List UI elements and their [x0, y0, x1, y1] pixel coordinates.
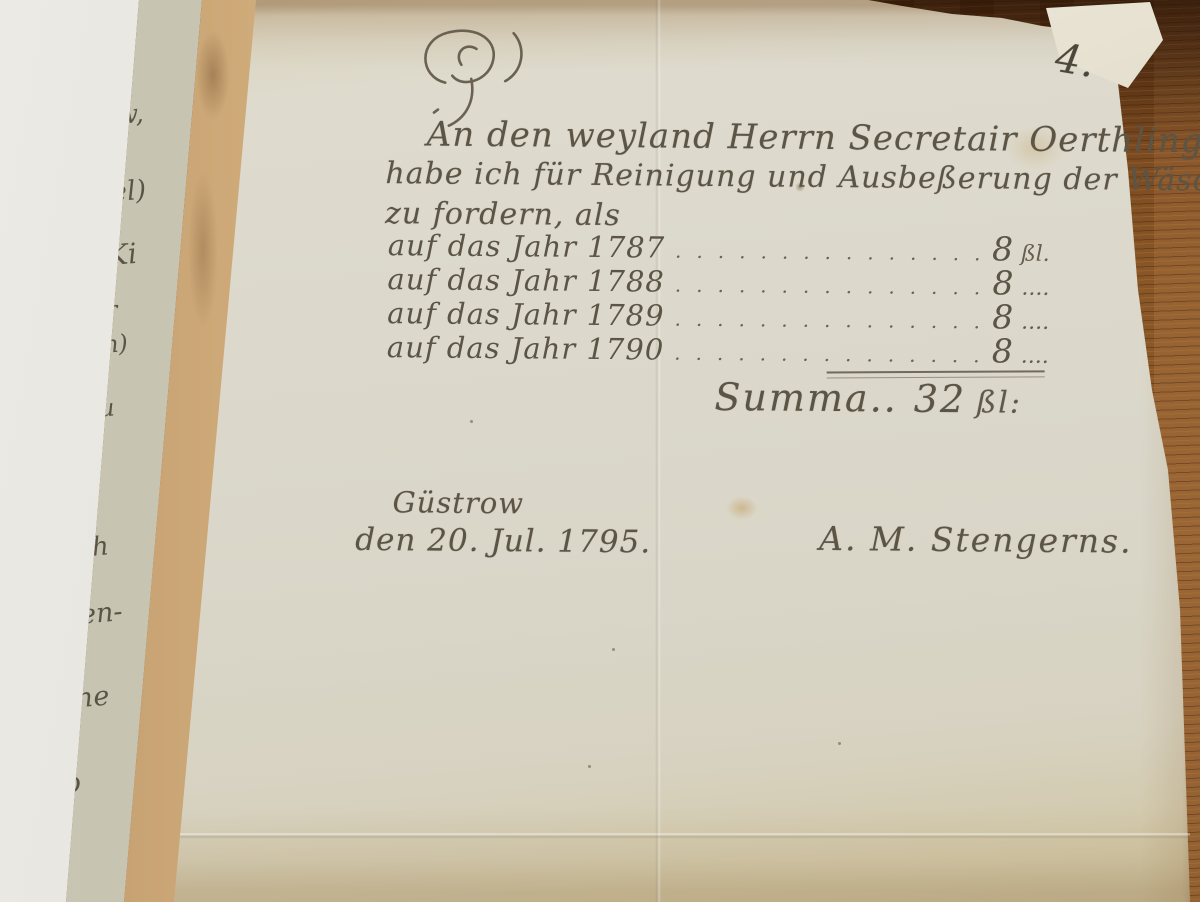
entry-unit: ßl. [1021, 242, 1050, 267]
dot-leader: ............... [665, 273, 993, 300]
entry-year-label: auf das Jahr 1789 [387, 296, 665, 332]
claim-line: habe ich für Reinigung und Ausbeßerung d… [385, 156, 1200, 199]
signature: A. M. Stengerns. [819, 519, 1133, 561]
place-line: Güstrow [392, 485, 524, 520]
entry-year-label: auf das Jahr 1788 [387, 262, 665, 298]
entry-row-1787: auf das Jahr 1787 ............... 8 ßl. [388, 224, 1050, 264]
page-number: 4. [1052, 35, 1099, 87]
dot-leader: ............... [664, 341, 992, 368]
opening-line: An den weyland Herrn Secretair Oerthling [427, 114, 1200, 161]
ink-flourish [401, 18, 542, 129]
summa-value: 32 [914, 377, 967, 421]
entry-unit: .... [1021, 344, 1049, 369]
dot-leader: ............... [664, 307, 992, 334]
entry-year-label: auf das Jahr 1787 [388, 228, 666, 264]
summa-label: Summa.. [714, 375, 898, 421]
entry-amount: 8 [992, 331, 1013, 370]
summa-unit: ßl: [976, 385, 1022, 420]
photo-of-manuscript: w, el) Ki r n) u h en- he o 4 [0, 0, 1200, 902]
year-entries: auf das Jahr 1787 ............... 8 ßl. … [387, 224, 1050, 366]
entry-year-label: auf das Jahr 1790 [387, 330, 665, 366]
date-line: den 20. Jul. 1795. [355, 522, 651, 561]
dot-leader: ............... [665, 239, 992, 266]
entry-unit: .... [1021, 276, 1049, 301]
entry-unit: .... [1021, 310, 1049, 335]
handwritten-content: 4. An den weyland Herrn Secretair Oerthl… [0, 0, 1200, 902]
summa-line: Summa..32ßl: [714, 375, 1022, 422]
